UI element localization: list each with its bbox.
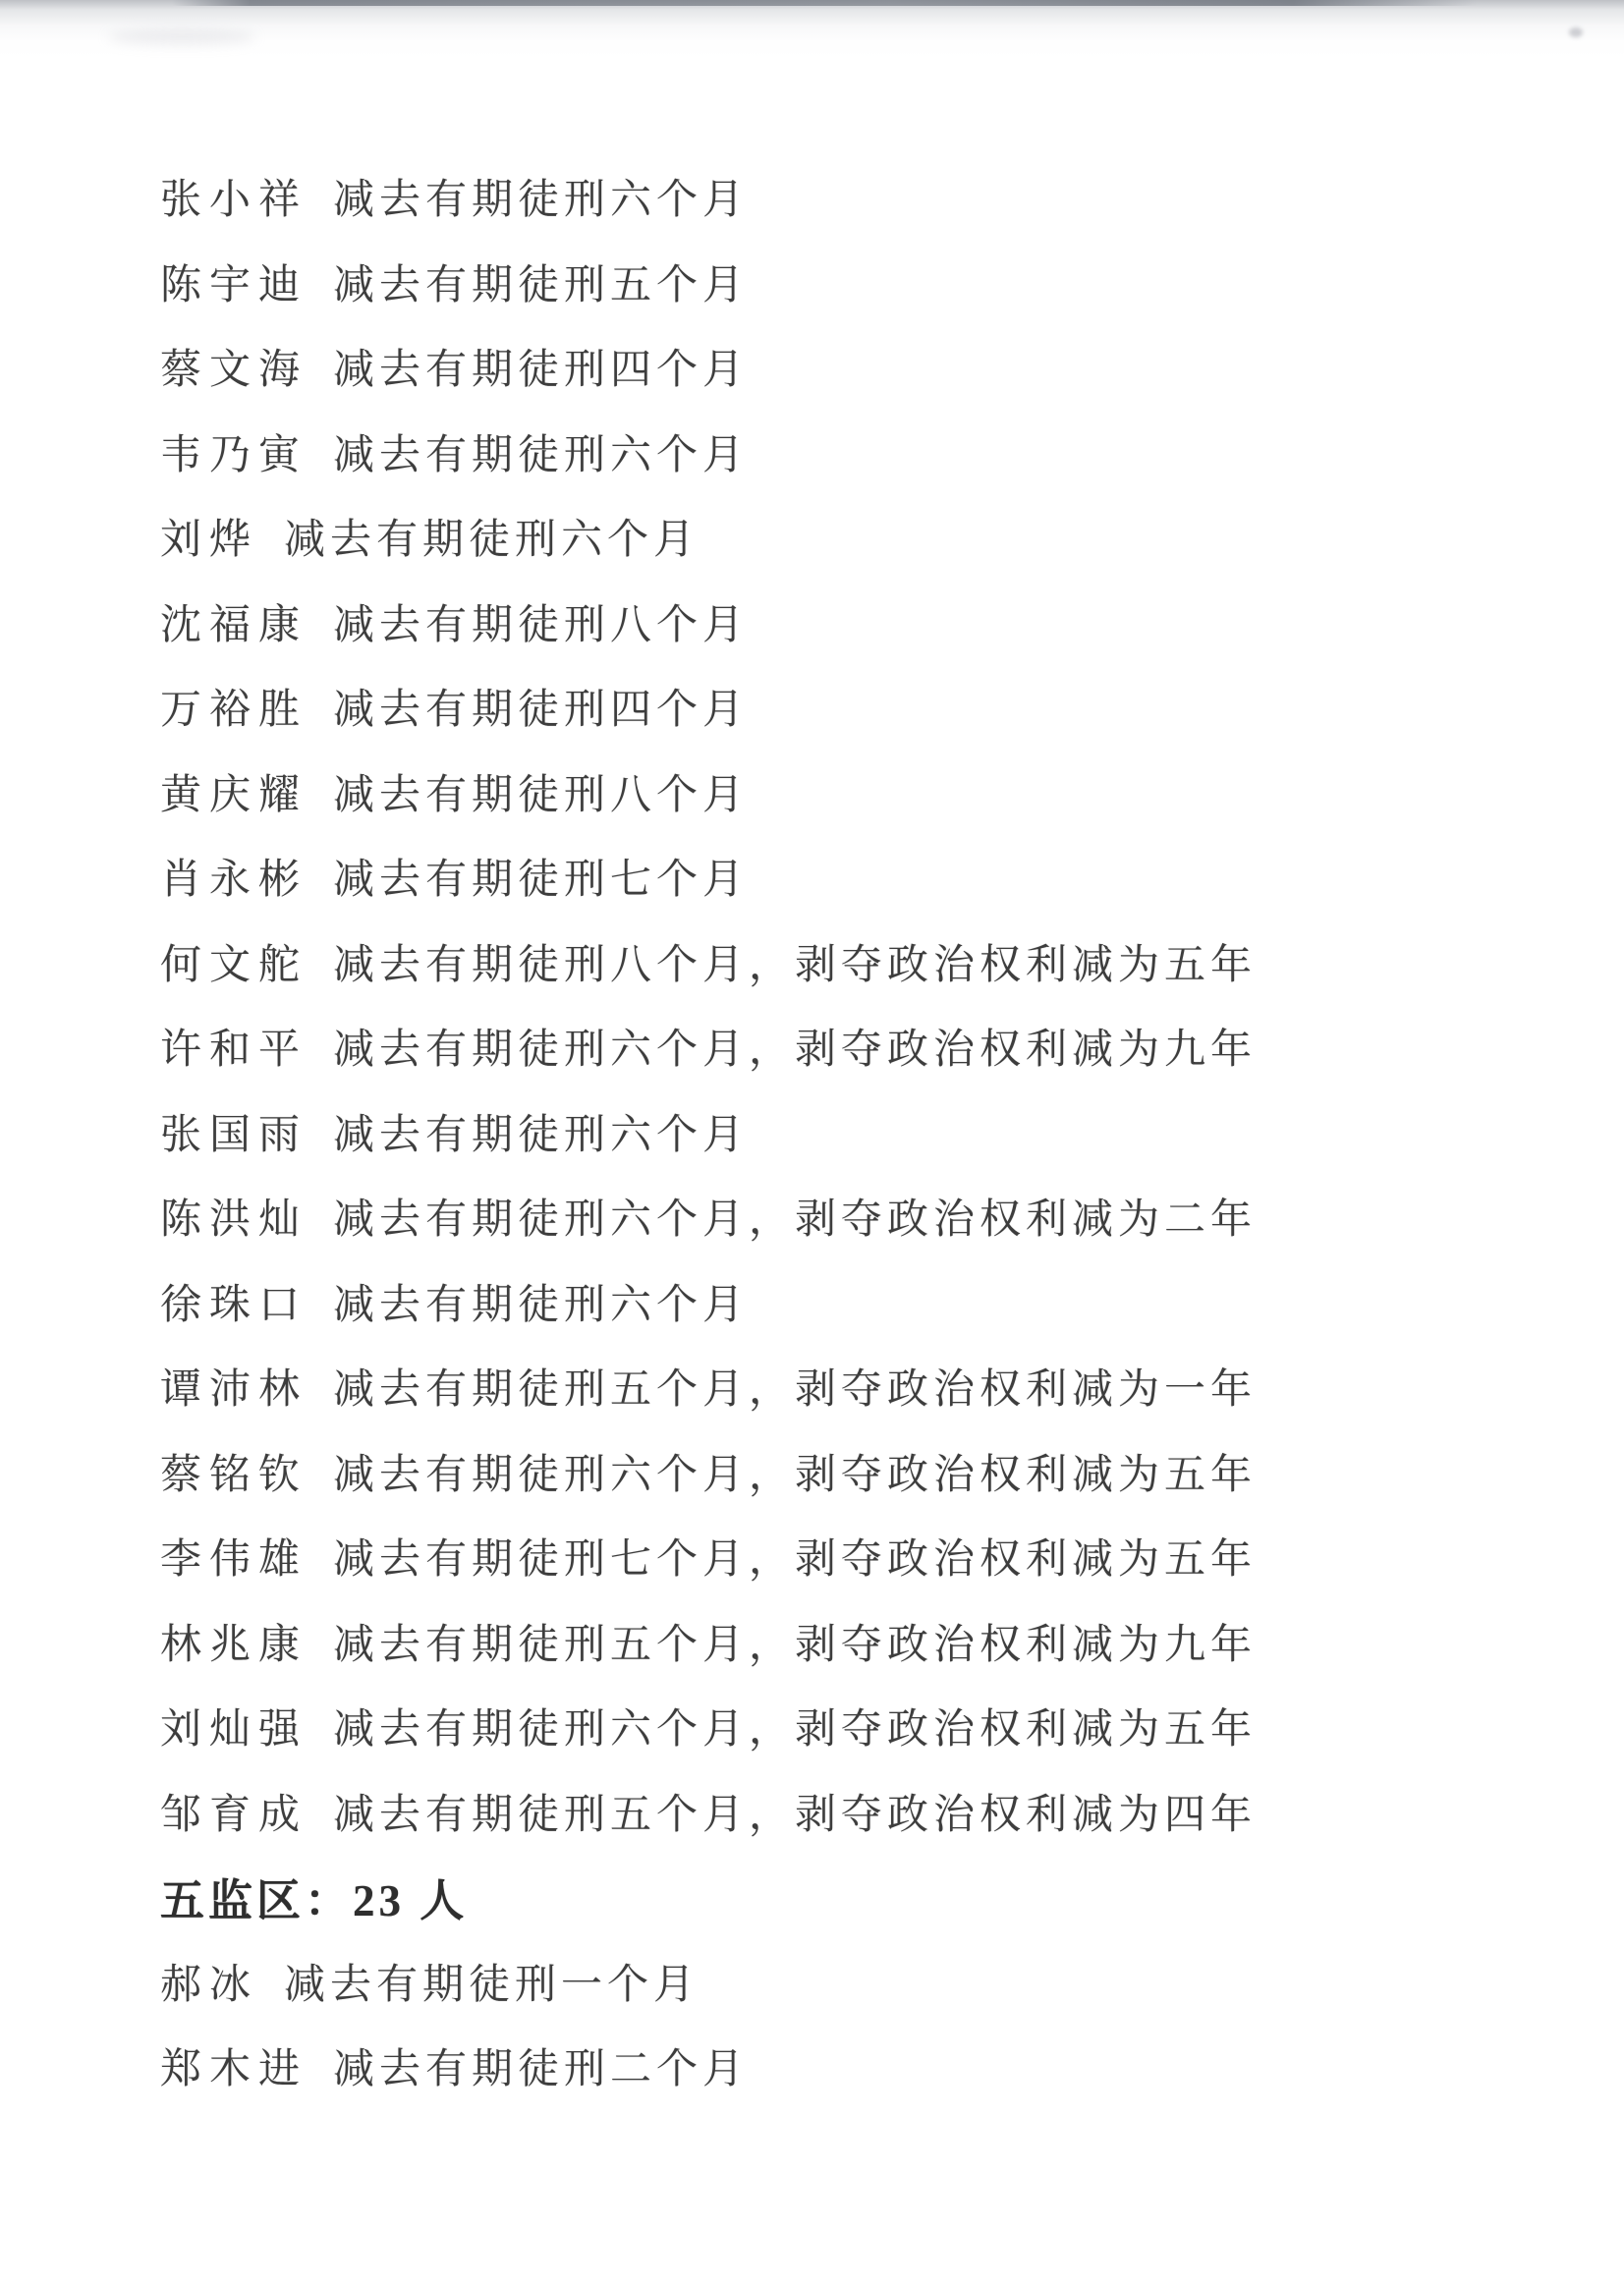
prisoner-name: 郑木进 (160, 2036, 308, 2095)
prisoner-name: 黄庆耀 (160, 762, 308, 821)
prisoner-name: 刘灿强 (160, 1697, 308, 1755)
prisoner-name: 沈福康 (160, 592, 308, 651)
sentence-reduction-list: 张小祥减去有期徒刑六个月陈宇迪减去有期徒刑五个月蔡文海减去有期徒刑四个月韦乃寅减… (160, 154, 1585, 2109)
scanned-court-document-page: 张小祥减去有期徒刑六个月陈宇迪减去有期徒刑五个月蔡文海减去有期徒刑四个月韦乃寅减… (0, 0, 1624, 2284)
list-item: 肖永彬减去有期徒刑七个月 (160, 834, 1585, 919)
sentence-reduction-detail: 减去有期徒刑八个月 (333, 592, 749, 651)
list-item: 谭沛林减去有期徒刑五个月，剥夺政治权利减为一年 (160, 1344, 1585, 1429)
sentence-reduction-detail: 减去有期徒刑五个月，剥夺政治权利减为一年 (333, 1357, 1257, 1416)
list-item: 刘灿强减去有期徒刑六个月，剥夺政治权利减为五年 (160, 1684, 1585, 1769)
sentence-reduction-detail: 减去有期徒刑六个月 (333, 167, 749, 226)
prisoner-name: 韦乃寅 (160, 422, 308, 481)
scan-smudge (108, 29, 255, 45)
prisoner-name: 许和平 (160, 1017, 308, 1076)
prisoner-name: 张国雨 (160, 1102, 308, 1161)
sentence-reduction-detail: 减去有期徒刑六个月 (333, 422, 749, 481)
sentence-reduction-detail: 减去有期徒刑二个月 (333, 2036, 749, 2095)
section-heading: 五监区：23 人 (160, 1865, 468, 1928)
prisoner-name: 李伟雄 (160, 1527, 308, 1586)
prisoner-name: 何文舵 (160, 932, 308, 991)
list-item: 林兆康减去有期徒刑五个月，剥夺政治权利减为九年 (160, 1599, 1585, 1685)
prisoner-name: 陈洪灿 (160, 1187, 308, 1246)
sentence-reduction-detail: 减去有期徒刑五个月 (333, 252, 749, 311)
scanner-edge-artifact (0, 0, 1624, 59)
list-item: 邹育成减去有期徒刑五个月，剥夺政治权利减为四年 (160, 1769, 1585, 1855)
list-item: 陈洪灿减去有期徒刑六个月，剥夺政治权利减为二年 (160, 1174, 1585, 1259)
sentence-reduction-detail: 减去有期徒刑四个月 (333, 677, 749, 736)
list-item: 李伟雄减去有期徒刑七个月，剥夺政治权利减为五年 (160, 1514, 1585, 1599)
scan-speck (1569, 28, 1583, 37)
list-item: 韦乃寅减去有期徒刑六个月 (160, 410, 1585, 495)
list-item: 蔡铭钦减去有期徒刑六个月，剥夺政治权利减为五年 (160, 1429, 1585, 1515)
sentence-reduction-detail: 减去有期徒刑四个月 (333, 337, 749, 396)
list-item: 张国雨减去有期徒刑六个月 (160, 1089, 1585, 1175)
list-item: 郑木进减去有期徒刑二个月 (160, 2024, 1585, 2109)
list-item: 郝冰减去有期徒刑一个月 (160, 1939, 1585, 2025)
sentence-reduction-detail: 减去有期徒刑八个月，剥夺政治权利减为五年 (333, 932, 1257, 991)
sentence-reduction-detail: 减去有期徒刑七个月，剥夺政治权利减为五年 (333, 1527, 1257, 1586)
list-item: 蔡文海减去有期徒刑四个月 (160, 324, 1585, 410)
list-item: 徐珠口减去有期徒刑六个月 (160, 1259, 1585, 1345)
prisoner-name: 徐珠口 (160, 1272, 308, 1331)
sentence-reduction-detail: 减去有期徒刑五个月，剥夺政治权利减为九年 (333, 1612, 1257, 1671)
list-item: 许和平减去有期徒刑六个月，剥夺政治权利减为九年 (160, 1004, 1585, 1089)
list-item: 沈福康减去有期徒刑八个月 (160, 580, 1585, 665)
sentence-reduction-detail: 减去有期徒刑七个月 (333, 847, 749, 906)
sentence-reduction-detail: 减去有期徒刑五个月，剥夺政治权利减为四年 (333, 1782, 1257, 1841)
sentence-reduction-detail: 减去有期徒刑六个月，剥夺政治权利减为五年 (333, 1697, 1257, 1755)
prisoner-name: 陈宇迪 (160, 252, 308, 311)
list-item: 刘烨减去有期徒刑六个月 (160, 494, 1585, 580)
prisoner-name: 谭沛林 (160, 1357, 308, 1416)
prisoner-name: 张小祥 (160, 167, 308, 226)
prisoner-name: 林兆康 (160, 1612, 308, 1671)
sentence-reduction-detail: 减去有期徒刑六个月，剥夺政治权利减为二年 (333, 1187, 1257, 1246)
list-item: 张小祥减去有期徒刑六个月 (160, 154, 1585, 240)
list-item: 陈宇迪减去有期徒刑五个月 (160, 240, 1585, 325)
prisoner-name: 蔡铭钦 (160, 1442, 308, 1501)
prisoner-name: 蔡文海 (160, 337, 308, 396)
prisoner-name: 邹育成 (160, 1782, 308, 1841)
section-heading-row: 五监区：23 人 (160, 1854, 1585, 1939)
sentence-reduction-detail: 减去有期徒刑六个月 (284, 507, 700, 566)
sentence-reduction-detail: 减去有期徒刑六个月，剥夺政治权利减为九年 (333, 1017, 1257, 1076)
list-item: 万裕胜减去有期徒刑四个月 (160, 664, 1585, 750)
prisoner-name: 刘烨 (160, 507, 258, 566)
list-item: 何文舵减去有期徒刑八个月，剥夺政治权利减为五年 (160, 919, 1585, 1005)
sentence-reduction-detail: 减去有期徒刑八个月 (333, 762, 749, 821)
sentence-reduction-detail: 减去有期徒刑六个月 (333, 1272, 749, 1331)
sentence-reduction-detail: 减去有期徒刑六个月 (333, 1102, 749, 1161)
list-item: 黄庆耀减去有期徒刑八个月 (160, 750, 1585, 835)
prisoner-name: 肖永彬 (160, 847, 308, 906)
sentence-reduction-detail: 减去有期徒刑六个月，剥夺政治权利减为五年 (333, 1442, 1257, 1501)
sentence-reduction-detail: 减去有期徒刑一个月 (284, 1952, 700, 2011)
prisoner-name: 万裕胜 (160, 677, 308, 736)
prisoner-name: 郝冰 (160, 1952, 258, 2011)
